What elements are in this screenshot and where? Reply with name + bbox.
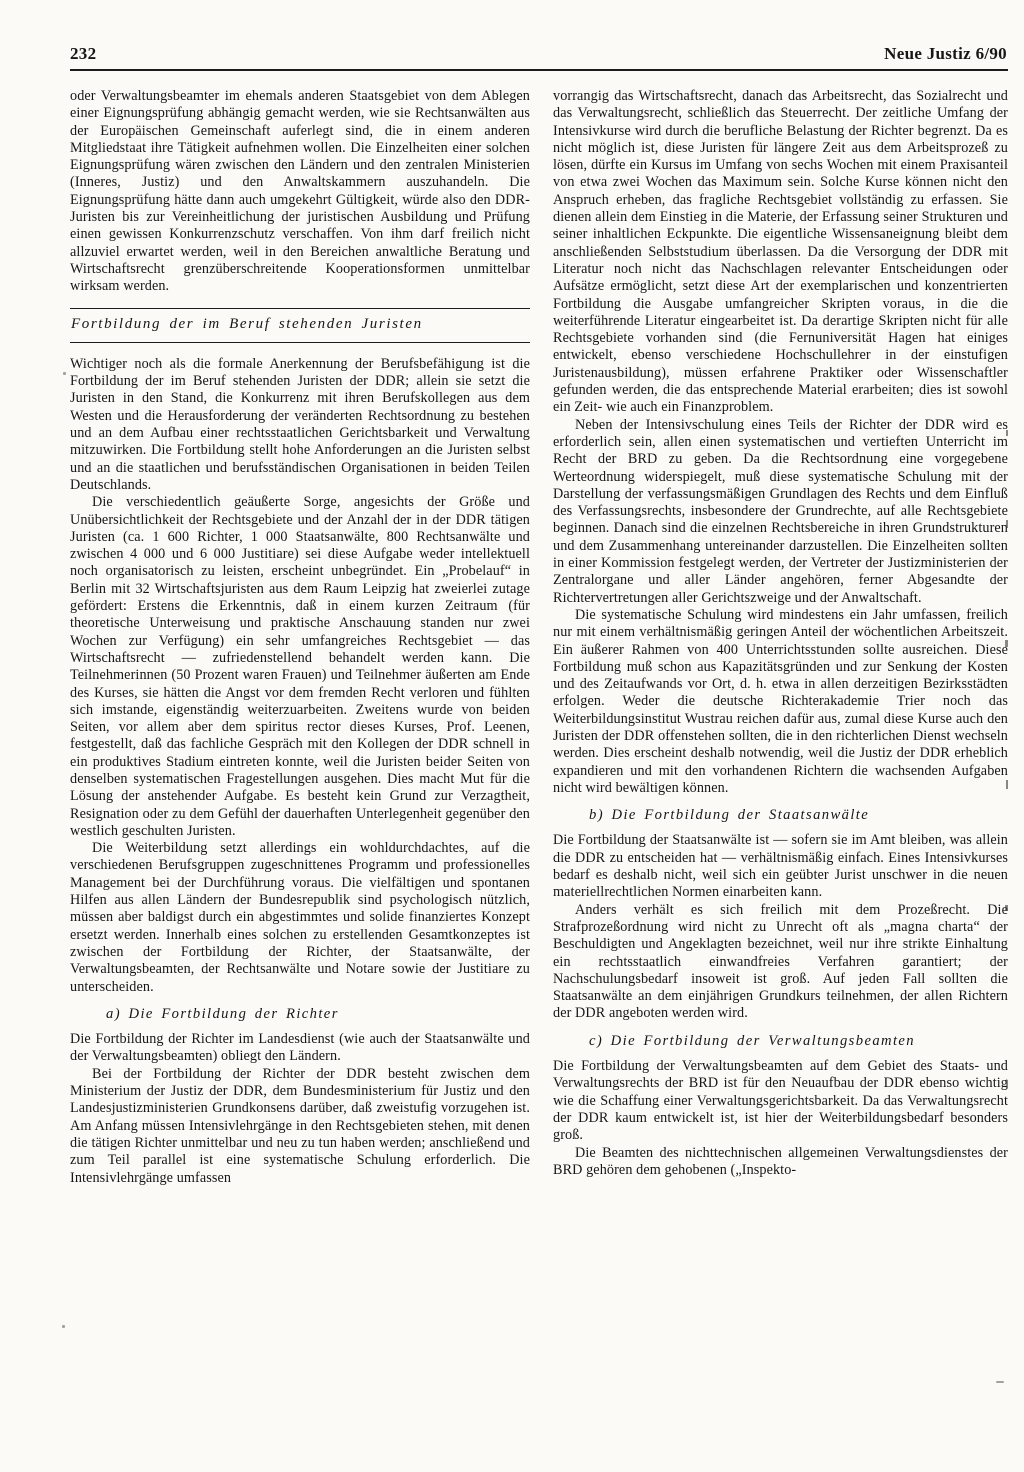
paragraph: Die Beamten des nichttechnischen allgeme… bbox=[553, 1145, 1008, 1180]
paragraph: oder Verwaltungsbeamter im ehemals ander… bbox=[70, 88, 530, 296]
section-heading: Fortbildung der im Beruf stehenden Juris… bbox=[70, 309, 530, 342]
scan-edge-mark bbox=[1006, 430, 1008, 436]
journal-page: 232 Neue Justiz 6/90 oder Verwaltungsbea… bbox=[0, 0, 1024, 1472]
scan-edge-mark bbox=[1005, 640, 1008, 647]
scan-edge-mark bbox=[1005, 905, 1008, 911]
scan-edge-mark bbox=[1006, 520, 1008, 528]
paragraph: Neben der Intensivschulung eines Teils d… bbox=[553, 417, 1008, 607]
header-rule bbox=[70, 69, 1008, 71]
page-header: 232 Neue Justiz 6/90 bbox=[70, 44, 1008, 64]
section-heading-block: Fortbildung der im Beruf stehenden Juris… bbox=[70, 308, 530, 343]
scan-edge-mark bbox=[1006, 780, 1008, 789]
subheading-c: c) Die Fortbildung der Verwaltungsbeamte… bbox=[589, 1033, 1008, 1050]
scan-speck bbox=[63, 372, 66, 375]
paragraph: Die systematische Schulung wird mindeste… bbox=[553, 607, 1008, 797]
subheading-b: b) Die Fortbildung der Staatsanwälte bbox=[589, 807, 1008, 824]
paragraph: Wichtiger noch als die formale Anerkennu… bbox=[70, 356, 530, 494]
paragraph: Die Fortbildung der Staatsanwälte ist — … bbox=[553, 832, 1008, 901]
paragraph: Die Fortbildung der Richter im Landesdie… bbox=[70, 1031, 530, 1066]
scan-edge-mark bbox=[1006, 1080, 1008, 1087]
article-body: oder Verwaltungsbeamter im ehemals ander… bbox=[70, 88, 1008, 1187]
paragraph: Anders verhält es sich freilich mit dem … bbox=[553, 902, 1008, 1023]
heading-rule-bottom bbox=[70, 342, 530, 343]
paragraph: Bei der Fortbildung der Richter der DDR … bbox=[70, 1066, 530, 1187]
left-column: oder Verwaltungsbeamter im ehemals ander… bbox=[70, 88, 530, 1187]
journal-title: Neue Justiz 6/90 bbox=[884, 44, 1007, 64]
paragraph: Die Weiterbildung setzt allerdings ein w… bbox=[70, 840, 530, 996]
paragraph: Die verschiedentlich geäußerte Sorge, an… bbox=[70, 494, 530, 840]
subheading-a: a) Die Fortbildung der Richter bbox=[106, 1006, 530, 1023]
scan-speck bbox=[996, 1381, 1004, 1383]
page-number: 232 bbox=[70, 44, 96, 64]
paragraph: vorrangig das Wirtschaftsrecht, danach d… bbox=[553, 88, 1008, 417]
scan-speck bbox=[62, 1325, 65, 1328]
right-column: vorrangig das Wirtschaftsrecht, danach d… bbox=[553, 88, 1008, 1187]
paragraph: Die Fortbildung der Verwaltungsbeamten a… bbox=[553, 1058, 1008, 1144]
